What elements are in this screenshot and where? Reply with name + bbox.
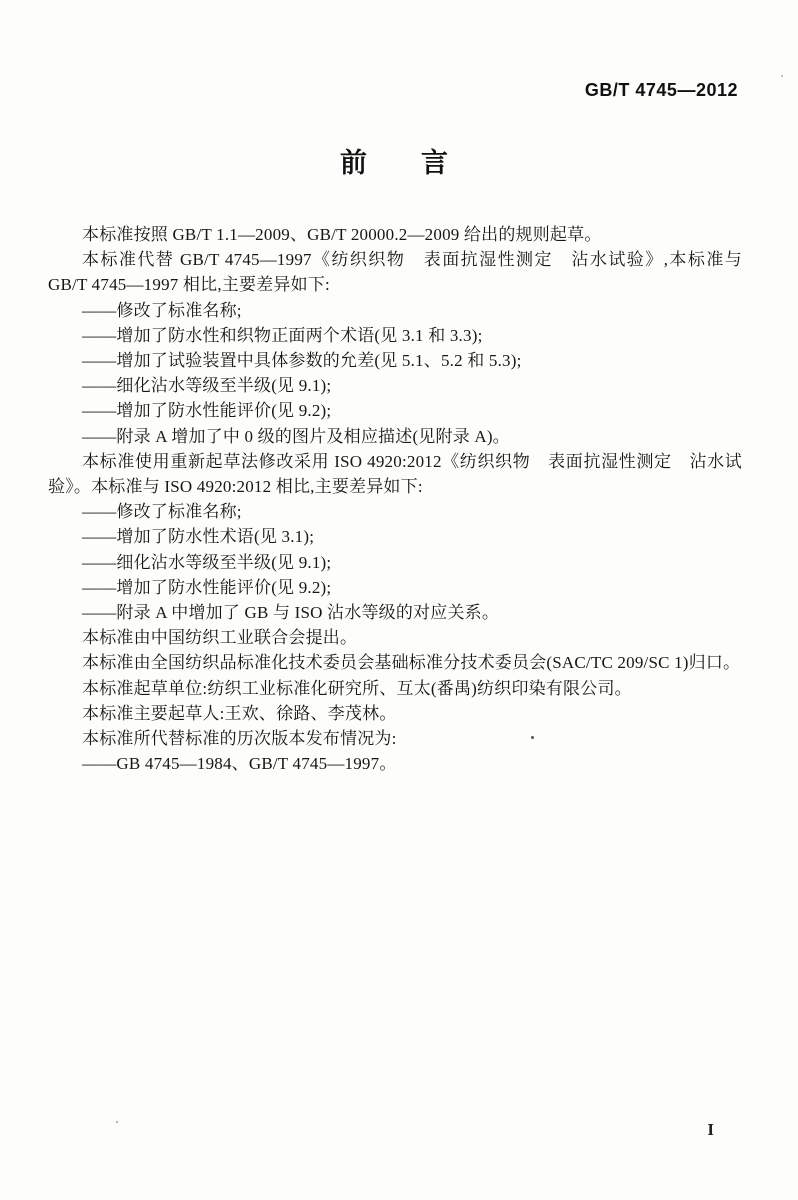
foreword-line: ——修改了标准名称; (48, 499, 742, 524)
foreword-line: 本标准主要起草人:王欢、徐路、李茂林。 (48, 701, 742, 726)
foreword-line: 本标准使用重新起草法修改采用 ISO 4920:2012《纺织织物 表面抗湿性测… (48, 449, 742, 499)
foreword-body: 本标准按照 GB/T 1.1—2009、GB/T 20000.2—2009 给出… (48, 222, 742, 776)
scan-speck (781, 75, 783, 77)
foreword-line: 本标准由全国纺织品标准化技术委员会基础标准分技术委员会(SAC/TC 209/S… (48, 650, 742, 675)
foreword-line: ——增加了防水性术语(见 3.1); (48, 524, 742, 549)
foreword-line: ——附录 A 中增加了 GB 与 ISO 沾水等级的对应关系。 (48, 600, 742, 625)
foreword-line: ——增加了防水性能评价(见 9.2); (48, 575, 742, 600)
standard-code: GB/T 4745—2012 (585, 80, 738, 101)
foreword-line: 本标准由中国纺织工业联合会提出。 (48, 625, 742, 650)
document-page: GB/T 4745—2012 前 言 本标准按照 GB/T 1.1—2009、G… (0, 0, 798, 1200)
scan-speck (116, 1121, 118, 1123)
foreword-line: 本标准所代替标准的历次版本发布情况为: (48, 726, 742, 751)
foreword-line: ——GB 4745—1984、GB/T 4745—1997。 (48, 751, 742, 776)
foreword-line: ——增加了防水性能评价(见 9.2); (48, 398, 742, 423)
page-title: 前 言 (48, 146, 740, 180)
foreword-line: ——增加了试验装置中具体参数的允差(见 5.1、5.2 和 5.3); (48, 348, 742, 373)
foreword-line: 本标准代替 GB/T 4745—1997《纺织织物 表面抗湿性测定 沾水试验》,… (48, 247, 742, 297)
scan-speck (531, 736, 534, 739)
foreword-line: ——细化沾水等级至半级(见 9.1); (48, 373, 742, 398)
foreword-line: ——增加了防水性和织物正面两个术语(见 3.1 和 3.3); (48, 323, 742, 348)
foreword-line: ——附录 A 增加了中 0 级的图片及相应描述(见附录 A)。 (48, 424, 742, 449)
foreword-line: ——修改了标准名称; (48, 298, 742, 323)
foreword-line: 本标准起草单位:纺织工业标准化研究所、互太(番禺)纺织印染有限公司。 (48, 676, 742, 701)
foreword-line: ——细化沾水等级至半级(见 9.1); (48, 550, 742, 575)
page-number: I (707, 1120, 714, 1140)
foreword-line: 本标准按照 GB/T 1.1—2009、GB/T 20000.2—2009 给出… (48, 222, 742, 247)
